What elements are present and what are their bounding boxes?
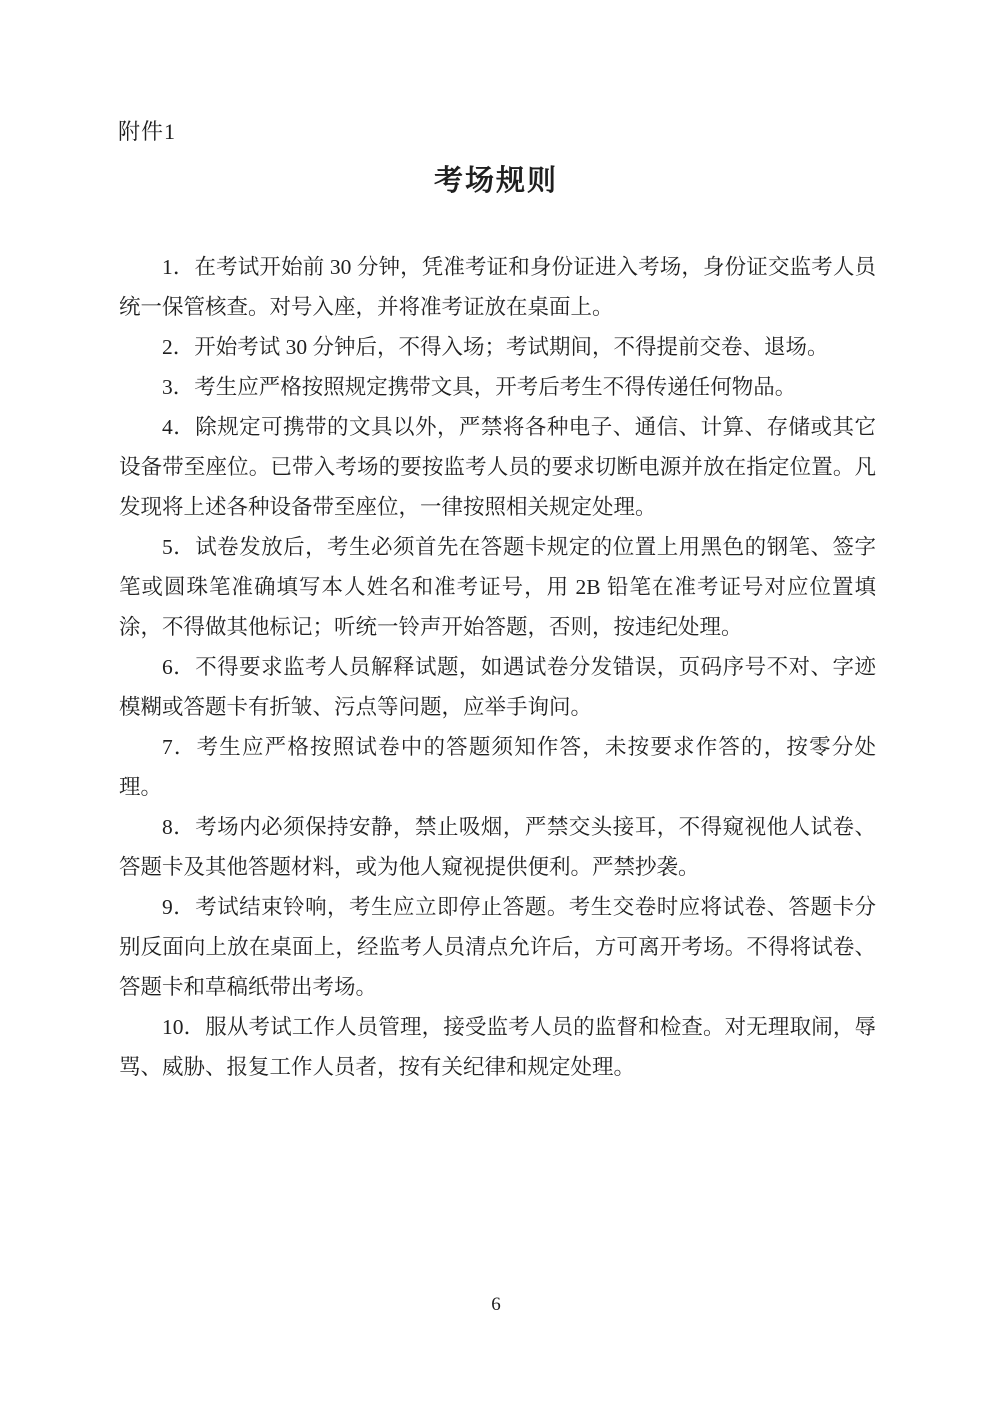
page-title: 考场规则 [0, 163, 992, 199]
rule-item-4: 4．除规定可携带的文具以外，严禁将各种电子、通信、计算、存储或其它设备带至座位。… [119, 407, 876, 527]
rule-item-8: 8．考场内必须保持安静，禁止吸烟，严禁交头接耳，不得窥视他人试卷、答题卡及其他答… [119, 807, 876, 887]
page-number: 6 [0, 1293, 992, 1317]
rule-item-2: 2．开始考试 30 分钟后，不得入场；考试期间，不得提前交卷、退场。 [119, 327, 876, 367]
rule-item-9: 9．考试结束铃响，考生应立即停止答题。考生交卷时应将试卷、答题卡分别反面向上放在… [119, 887, 876, 1007]
rule-item-3: 3．考生应严格按照规定携带文具，开考后考生不得传递任何物品。 [119, 367, 876, 407]
attachment-label: 附件1 [118, 116, 176, 148]
rule-item-10: 10．服从考试工作人员管理，接受监考人员的监督和检查。对无理取闹，辱骂、威胁、报… [119, 1007, 876, 1087]
rule-item-6: 6．不得要求监考人员解释试题，如遇试卷分发错误，页码序号不对、字迹模糊或答题卡有… [119, 647, 876, 727]
rule-item-5: 5．试卷发放后，考生必须首先在答题卡规定的位置上用黑色的钢笔、签字笔或圆珠笔准确… [119, 527, 876, 647]
rules-list: 1．在考试开始前 30 分钟，凭准考证和身份证进入考场，身份证交监考人员统一保管… [119, 247, 876, 1087]
document-page: 附件1 考场规则 1．在考试开始前 30 分钟，凭准考证和身份证进入考场，身份证… [0, 0, 992, 1403]
rule-item-1: 1．在考试开始前 30 分钟，凭准考证和身份证进入考场，身份证交监考人员统一保管… [119, 247, 876, 327]
rule-item-7: 7．考生应严格按照试卷中的答题须知作答，未按要求作答的，按零分处理。 [119, 727, 876, 807]
